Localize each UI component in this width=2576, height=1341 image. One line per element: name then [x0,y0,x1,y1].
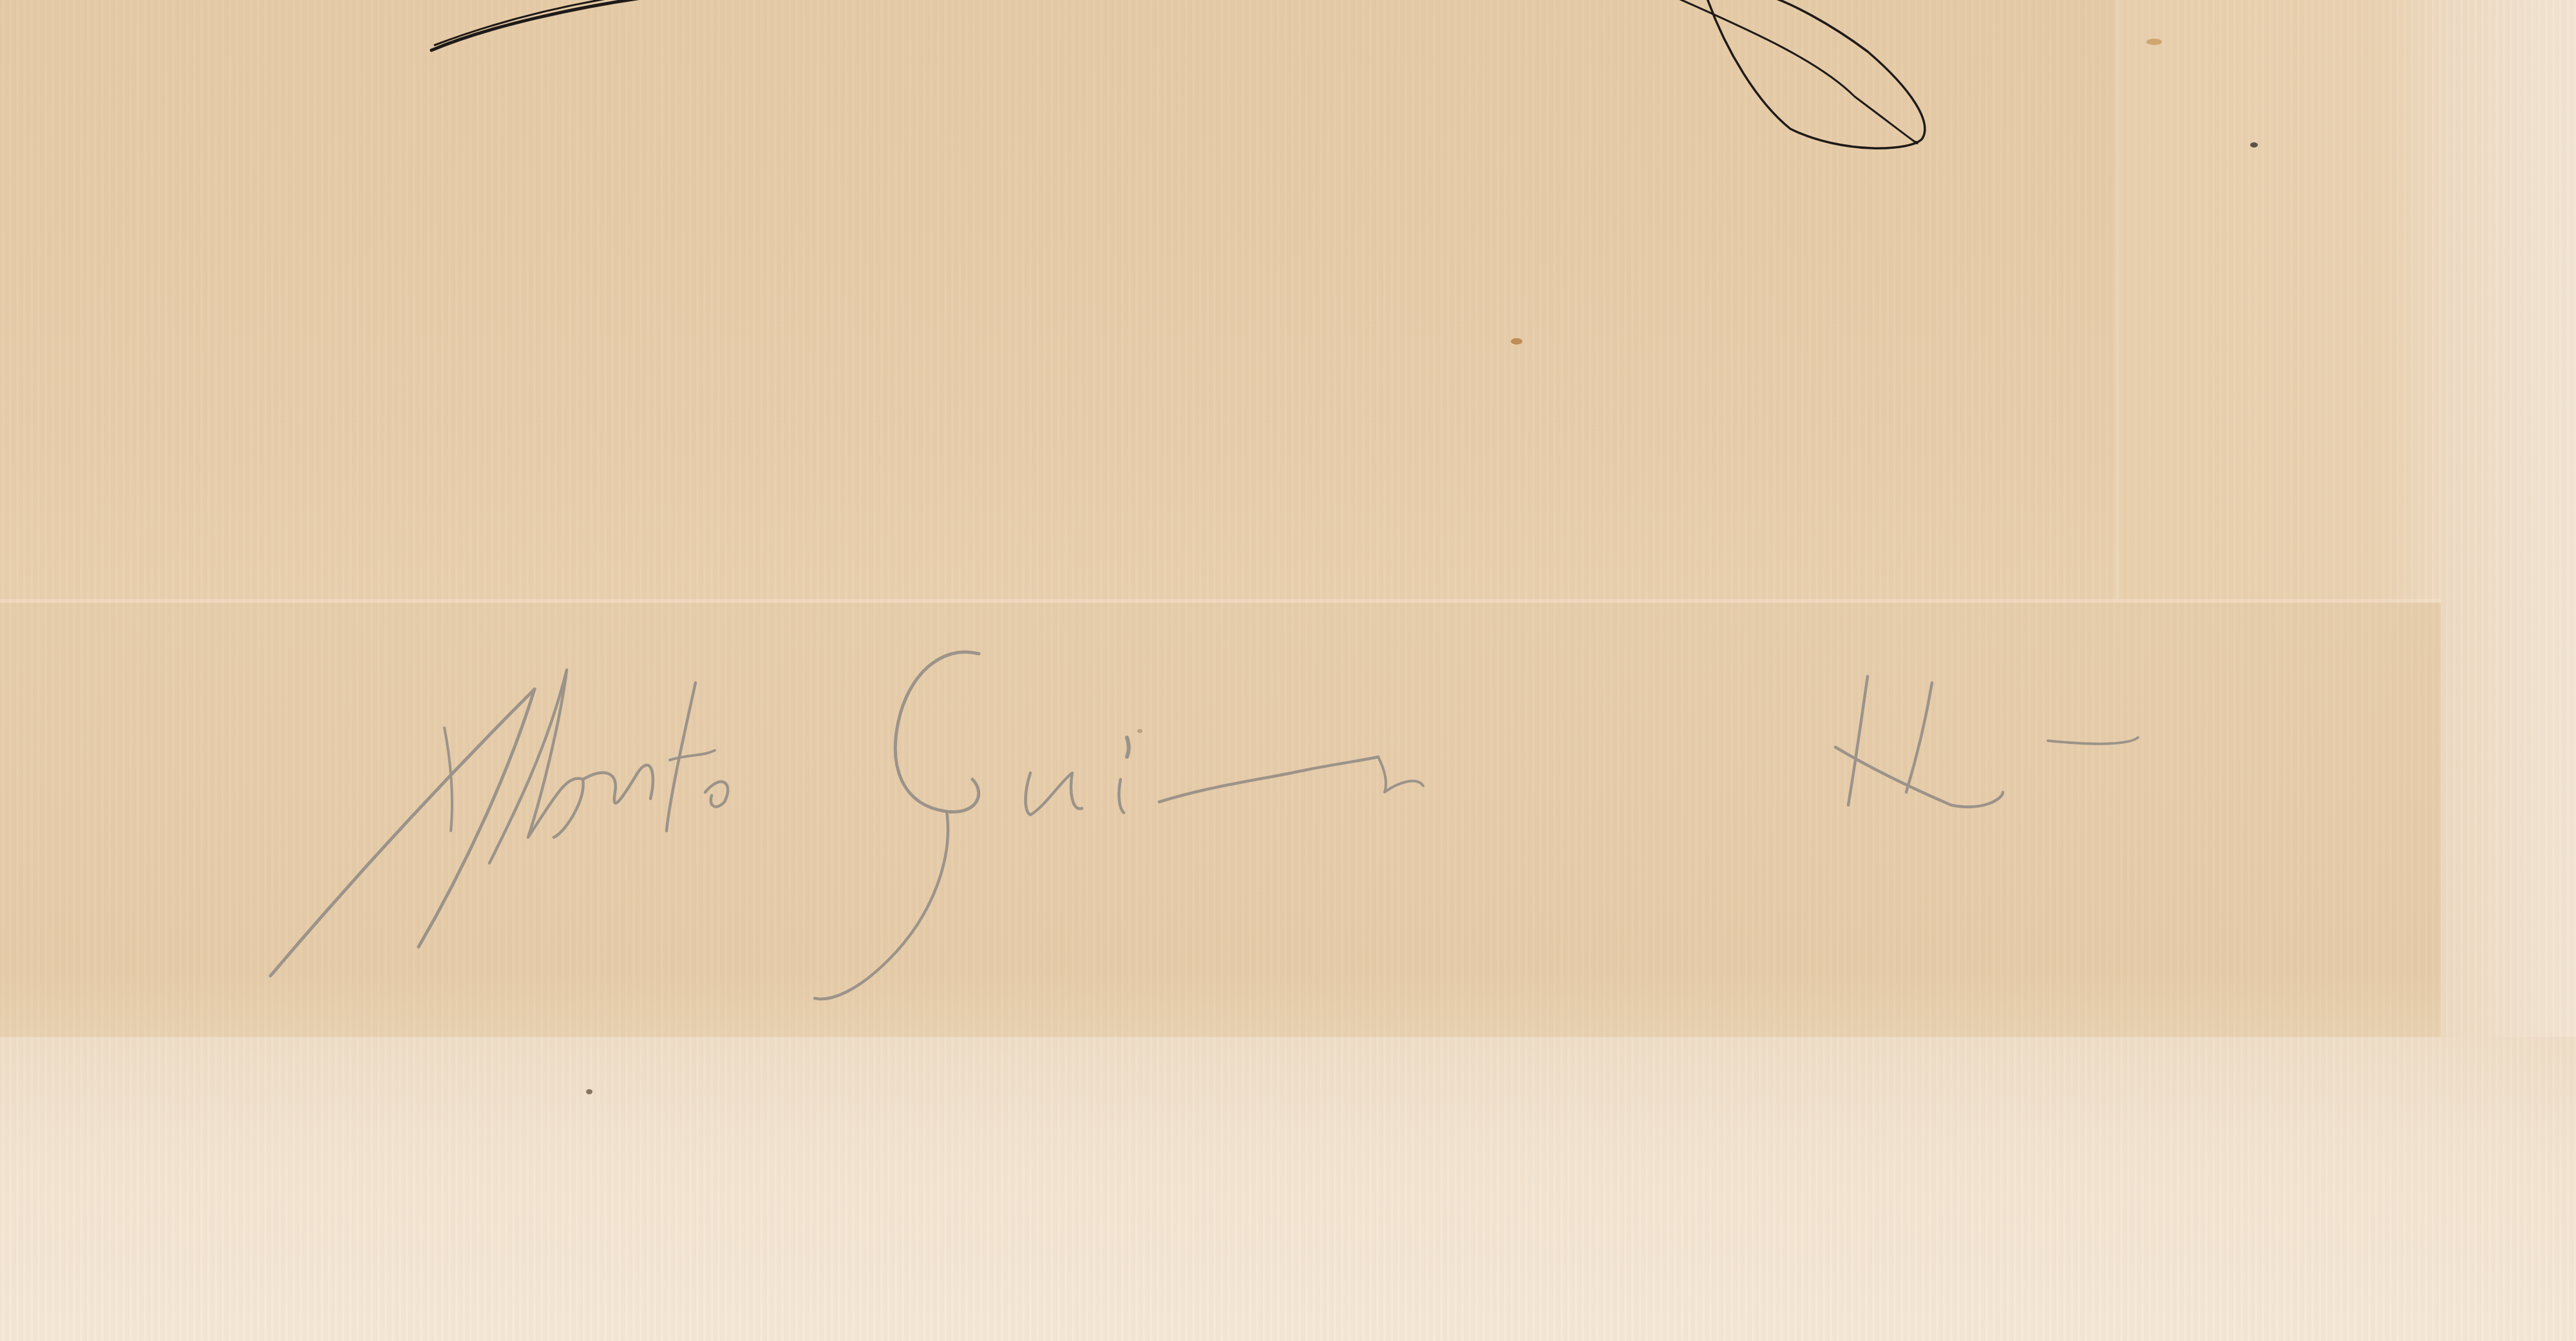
foxing-spots [586,39,2258,1094]
etching-photo: Alberto Giacometti [0,0,2576,1341]
ink-lines [431,0,1925,148]
pencil-signature [270,652,2138,999]
drawing-layer [0,0,2576,1341]
